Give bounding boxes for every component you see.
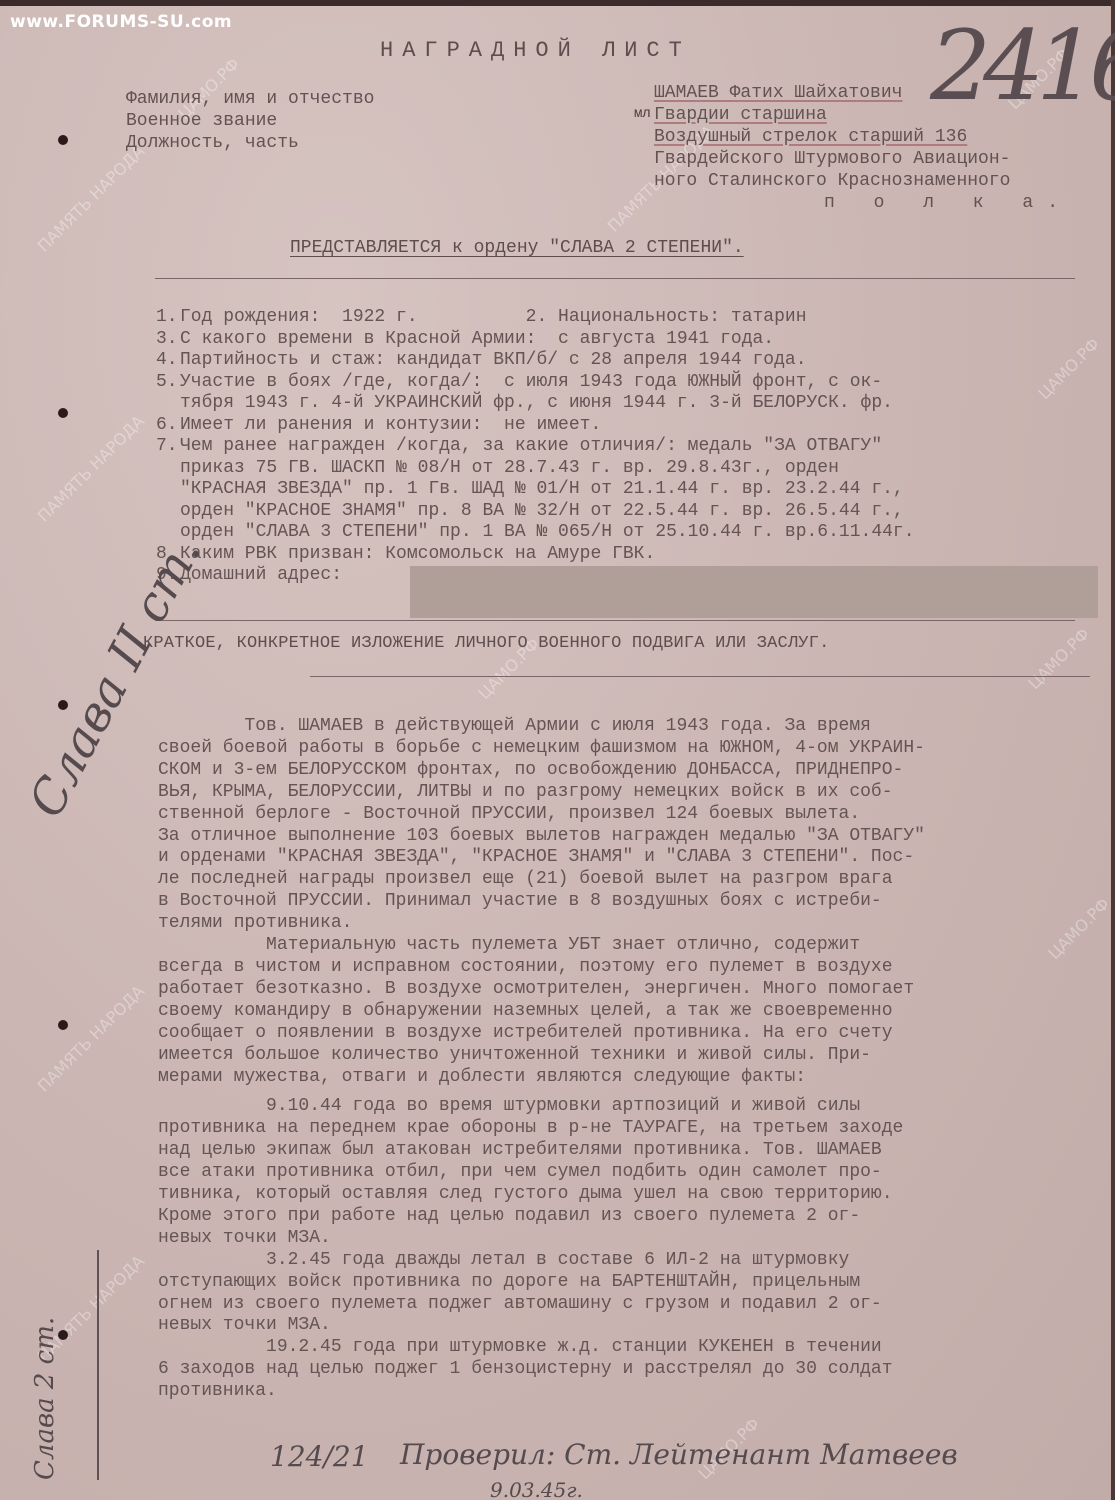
text-line: 9.10.44 года во время штурмовки артпозиц… [158,1096,1108,1118]
item-text: орден "СЛАВА 3 СТЕПЕНИ" пр. 1 ВА № 065/Н… [180,522,915,542]
text-line: тивника, который оставляя след густого д… [158,1184,1108,1206]
text-line: сообщает о появлении в воздухе истребите… [158,1023,1108,1045]
text-line: противника. [158,1381,1108,1403]
questionnaire-items: 1.Год рождения: 1922 г. 2. Национальност… [156,307,1096,587]
item-number: 5. [156,372,180,394]
item-number: 4. [156,350,180,372]
archive-watermark: ПАМЯТЬ НАРОДА [34,142,147,255]
text-line: ственной берлоге - Восточной ПРУССИИ, пр… [158,804,1108,826]
item-text: Год рождения: 1922 г. 2. Национальность:… [180,307,807,327]
label-rank: Военное звание [126,110,374,132]
archive-watermark: ПАМЯТЬ НАРОДА [34,412,147,525]
text-line: своему командиру в обнаружении наземных … [158,1001,1108,1023]
questionnaire-item: 6.Имеет ли ранения и контузии: не имеет. [156,415,1096,437]
text-line: 6 заходов над целью поджег 1 бензоцистер… [158,1359,1108,1381]
field-values: ШАМАЕВ Фатих Шайхатович Гвардии старшина… [654,82,1114,214]
item-text: Имеет ли ранения и контузии: не имеет. [180,415,601,435]
item-text: приказ 75 ГВ. ШАСКП № 08/Н от 28.7.43 г.… [180,458,839,478]
item-number: 6. [156,415,180,437]
text-line: мерами мужества, отваги и доблести являю… [158,1067,1108,1089]
item-number: 3. [156,329,180,351]
questionnaire-item: орден "КРАСНОЕ ЗНАМЯ" пр. 8 ВА № 32/Н от… [156,501,1096,523]
divider [155,278,1075,279]
scan-edge-top [0,0,1115,6]
item-text: Участие в боях /где, когда/: с июля 1943… [180,372,882,392]
text-line: отступающих войск противника по дороге н… [158,1272,1108,1294]
item-text: тября 1943 г. 4-й УКРАИНСКИЙ фр., с июня… [180,393,893,413]
questionnaire-item: орден "СЛАВА 3 СТЕПЕНИ" пр. 1 ВА № 065/Н… [156,522,1096,544]
questionnaire-item: 1.Год рождения: 1922 г. 2. Национальност… [156,307,1096,329]
item-text: С какого времени в Красной Армии: с авгу… [180,329,774,349]
text-line: невых точки МЗА. [158,1228,1108,1250]
value-position-1: Воздушный стрелок старший 136 [654,126,1114,148]
label-position: Должность, часть [126,132,374,154]
questionnaire-item: 7.Чем ранее награжден /когда, за какие о… [156,436,1096,458]
value-position-4: п о л к а. [654,192,1114,214]
verification-signature: Проверил: Ст. Лейтенант Матвеев [400,1438,958,1471]
text-line: 19.2.45 года при штурмовке ж.д. станции … [158,1337,1108,1359]
text-line: огнем из своего пулемета поджег автомаши… [158,1294,1108,1316]
text-line: своей боевой работы в борьбе с немецким … [158,738,1108,760]
text-line: 3.2.45 года дважды летал в составе 6 ИЛ-… [158,1250,1108,1272]
text-line: всегда в чистом и исправном состоянии, п… [158,957,1108,979]
label-name: Фамилия, имя и отчество [126,88,374,110]
item-text: орден "КРАСНОЕ ЗНАМЯ" пр. 8 ВА № 32/Н от… [180,501,904,521]
text-line: Материальную часть пулемета УБТ знает от… [158,935,1108,957]
text-line: противника на переднем крае обороны в р-… [158,1118,1108,1140]
merit-description: Тов. ШАМАЕВ в действующей Армии с июля 1… [158,716,1108,1403]
text-line: СКОМ и 3-ем БЕЛОРУССКОМ фронтах, по осво… [158,760,1108,782]
text-line: ВЬЯ, КРЫМА, БЕЛОРУССИИ, ЛИТВЫ и по разгр… [158,782,1108,804]
text-line: имеется большое количество уничтоженной … [158,1045,1108,1067]
archive-watermark: ПАМЯТЬ НАРОДА [34,982,147,1095]
questionnaire-item: тября 1943 г. 4-й УКРАИНСКИЙ фр., с июня… [156,393,1096,415]
archive-watermark: ЦАМО.РФ [1025,625,1093,693]
redacted-address [410,566,1098,618]
text-line: все атаки противника отбил, при чем суме… [158,1162,1108,1184]
text-line: ле последней награды произвел еще (21) б… [158,869,1108,891]
scan-edge-right [1111,0,1115,1500]
text-line: телями противника. [158,913,1108,935]
handwritten-count: 124/21 [270,1440,369,1473]
questionnaire-item: приказ 75 ГВ. ШАСКП № 08/Н от 28.7.43 г.… [156,458,1096,480]
item-text: Партийность и стаж: кандидат ВКП/б/ с 28… [180,350,807,370]
document-title: НАГРАДНОЙ ЛИСТ [380,38,691,63]
questionnaire-item: "КРАСНАЯ ЗВЕЗДА" пр. 1 Гв. ШАД № 01/Н от… [156,479,1096,501]
questionnaire-item: 3.С какого времени в Красной Армии: с ав… [156,329,1096,351]
value-position-2: Гвардейского Штурмового Авиацион- [654,148,1114,170]
punch-hole [58,135,68,145]
text-line: над целью экипаж был атакован истребител… [158,1140,1108,1162]
text-line: Тов. ШАМАЕВ в действующей Армии с июля 1… [158,716,1108,738]
punch-hole [58,700,68,710]
item-text: Чем ранее награжден /когда, за какие отл… [180,436,882,456]
punch-hole [58,408,68,418]
item-text: Каким РВК призван: Комсомольск на Амуре … [180,544,655,564]
text-line [158,1088,1108,1096]
divider [310,676,1090,677]
section-heading: КРАТКОЕ, КОНКРЕТНОЕ ИЗЛОЖЕНИЕ ЛИЧНОГО ВО… [143,634,830,653]
questionnaire-item: 5.Участие в боях /где, когда/: с июля 19… [156,372,1096,394]
document-page: www.FORUMS-SU.com ЦАМО.РФ ПАМЯТЬ НАРОДА … [0,0,1115,1500]
text-line: и орденами "КРАСНАЯ ЗВЕЗДА", "КРАСНОЕ ЗН… [158,847,1108,869]
side-underline [97,1250,99,1480]
field-labels: Фамилия, имя и отчество Военное звание Д… [126,88,374,154]
questionnaire-item: 8.Каким РВК призван: Комсомольск на Амур… [156,544,1096,566]
handwritten-side-note: Слава 2 ст. [30,1317,60,1480]
punch-hole [58,1020,68,1030]
questionnaire-item: 4.Партийность и стаж: кандидат ВКП/б/ с … [156,350,1096,372]
site-watermark: www.FORUMS-SU.com [10,12,232,32]
verification-date: 9.03.45г. [490,1478,583,1500]
value-name: ШАМАЕВ Фатих Шайхатович [654,82,1114,104]
item-text: "КРАСНАЯ ЗВЕЗДА" пр. 1 Гв. ШАД № 01/Н от… [180,479,904,499]
text-line: За отличное выполнение 103 боевых вылето… [158,826,1108,848]
divider [155,620,1075,621]
text-line: невых точки МЗА. [158,1315,1108,1337]
value-rank: Гвардии старшина [654,104,1114,126]
text-line: работает безотказно. В воздухе осмотрите… [158,979,1108,1001]
text-line: в Восточной ПРУССИИ. Принимал участие в … [158,891,1108,913]
value-position-3: ного Сталинского Краснознаменного [654,170,1114,192]
item-number: 7. [156,436,180,458]
presented-for-award: ПРЕДСТАВЛЯЕТСЯ к ордену "СЛАВА 2 СТЕПЕНИ… [290,238,744,258]
item-number: 1. [156,307,180,329]
text-line: Кроме этого при работе над целью подавил… [158,1206,1108,1228]
mark-mu: мл [634,106,651,122]
punch-hole [58,1330,68,1340]
